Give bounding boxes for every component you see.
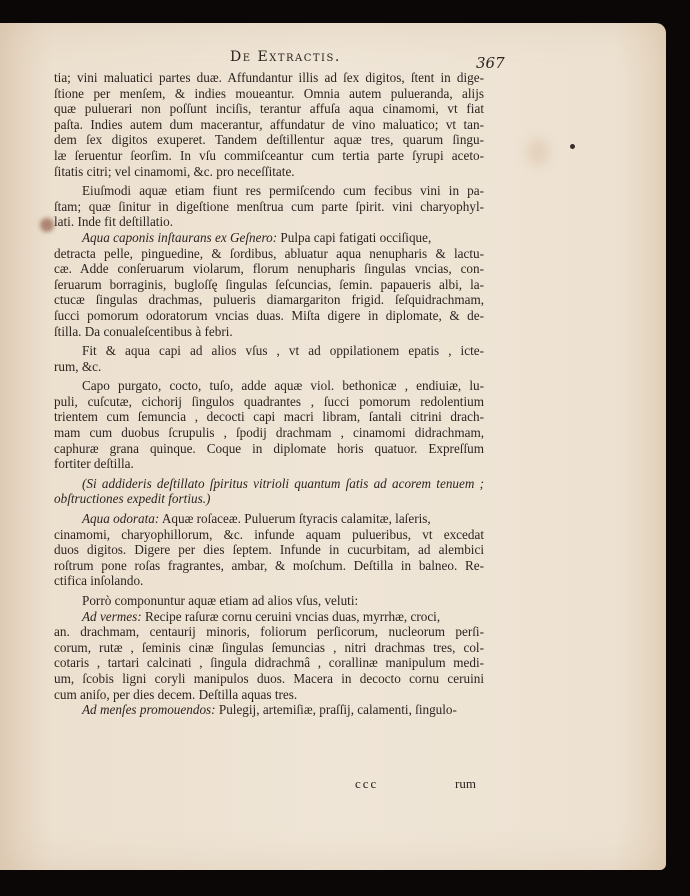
- ink-stain: [40, 218, 54, 232]
- text-line: rum, &c.: [54, 359, 484, 375]
- text-line: trientem cum ſemuncia , decocti capi mac…: [54, 409, 484, 425]
- text-line: an. drachmam, centaurij minoris, folioru…: [54, 624, 484, 640]
- text-line: cæ. Adde conſeruarum violarum, florum ne…: [54, 261, 484, 277]
- text-line: (Si addideris deſtillato ſpiritus vitrio…: [54, 476, 484, 492]
- recipe-heading: Ad menſes promouendos:: [82, 702, 216, 717]
- text-line: cum aniſo, per dies decem. Deſtilla aqua…: [54, 687, 484, 703]
- text-line: Fit & aqua capi ad alios vſus , vt ad op…: [54, 343, 484, 359]
- paragraph: Ad menſes promouendos: Pulegij, artemiſi…: [54, 702, 484, 718]
- paragraph: Capo purgato, cocto, tuſo, adde aquæ vio…: [54, 378, 484, 472]
- text-line: paſta. Indies autem dum macerantur, affu…: [54, 117, 484, 133]
- ink-dot: [570, 144, 575, 149]
- text-line: Aqua odorata: Aquæ roſaceæ. Puluerum ſty…: [54, 511, 484, 527]
- paragraph: Aqua caponis inſtaurans ex Geſnero: Pulp…: [54, 230, 484, 339]
- catchword: rum: [455, 776, 476, 792]
- text-line: ſtione per menſem, & indies moueantur. O…: [54, 86, 484, 102]
- text-line: dem ſex digitos exuperet. Tandem deſtill…: [54, 132, 484, 148]
- paragraph: Porrò componuntur aquæ etiam ad alios vſ…: [54, 593, 484, 609]
- paragraph: Ad vermes: Recipe raſuræ cornu ceruini v…: [54, 609, 484, 703]
- paragraph: Fit & aqua capi ad alios vſus , vt ad op…: [54, 343, 484, 374]
- text-line: puli, cuſcutæ, cichorij ſingulos quadran…: [54, 394, 484, 410]
- text-line: um, ſcobis ligni coryli manipulos duos. …: [54, 671, 484, 687]
- text-line: Ad vermes: Recipe raſuræ cornu ceruini v…: [54, 609, 484, 625]
- paragraph: Aqua odorata: Aquæ roſaceæ. Puluerum ſty…: [54, 511, 484, 589]
- recipe-heading: Aqua odorata:: [82, 511, 159, 526]
- text-line: læ ſeruentur ſeorſim. In vſu commiſceant…: [54, 148, 484, 164]
- text-line: ſucci pomorum odoratorum vncias duas. Mi…: [54, 308, 484, 324]
- recipe-heading: Ad vermes:: [82, 609, 142, 624]
- text-line: ctucæ ſingulas drachmas, pulueris diamar…: [54, 292, 484, 308]
- paragraph: tia; vini maluatici partes duæ. Affundan…: [54, 70, 484, 179]
- text-line: Capo purgato, cocto, tuſo, adde aquæ vio…: [54, 378, 484, 394]
- text-line: duos digitos. Digere per dies ſeptem. In…: [54, 542, 484, 558]
- text-line: Ad menſes promouendos: Pulegij, artemiſi…: [54, 702, 484, 718]
- text-line: obſtructiones expedit fortius.): [54, 491, 484, 507]
- text-line: ſtilla. Da conualeſcentibus à febri.: [54, 324, 484, 340]
- text-line: caphuræ grana quinque. Coque in diplomat…: [54, 441, 484, 457]
- running-head: De Extractis.: [230, 49, 341, 65]
- text-line: ſtam; quæ ſinitur in digeſtione menſtrua…: [54, 199, 484, 215]
- text-line: lati. Inde fit deſtillatio.: [54, 214, 484, 230]
- text-line: cotaris , tartari calcinati , ſingula di…: [54, 655, 484, 671]
- body-text: tia; vini maluatici partes duæ. Affundan…: [54, 70, 484, 718]
- recipe-heading: Aqua caponis inſtaurans ex Geſnero:: [82, 230, 277, 245]
- text-line: ſeruarum borraginis, bugloſſę ſingulas ſ…: [54, 277, 484, 293]
- foxing-stain: [527, 138, 549, 166]
- text-line: Aqua caponis inſtaurans ex Geſnero: Pulp…: [54, 230, 484, 246]
- text-line: mam cum duobus ſcrupulis , ſpodij drachm…: [54, 425, 484, 441]
- text-line: roſtrum pone roſas fragrantes, ambar, & …: [54, 558, 484, 574]
- text-line: ctifica inſolando.: [54, 573, 484, 589]
- text-line: quæ puluerari non poſſunt inciſis, teran…: [54, 101, 484, 117]
- paragraph: (Si addideris deſtillato ſpiritus vitrio…: [54, 476, 484, 507]
- paragraph: Eiuſmodi aquæ etiam fiunt res permiſcend…: [54, 183, 484, 230]
- text-line: Porrò componuntur aquæ etiam ad alios vſ…: [54, 593, 484, 609]
- text-line: tia; vini maluatici partes duæ. Affundan…: [54, 70, 484, 86]
- text-line: ſitatis citri; vel cinamomi, &c. pro nec…: [54, 164, 484, 180]
- text-line: fortiter deſtilla.: [54, 456, 484, 472]
- text-line: corum, rutæ , ſeminis cinæ ſingulas ſemu…: [54, 640, 484, 656]
- text-line: detracta pelle, pinguedine, & ſordibus, …: [54, 246, 484, 262]
- text-line: Eiuſmodi aquæ etiam fiunt res permiſcend…: [54, 183, 484, 199]
- signature-mark: ccc: [355, 776, 378, 792]
- text-line: cinamomi, charyophillorum, &c. infunde a…: [54, 527, 484, 543]
